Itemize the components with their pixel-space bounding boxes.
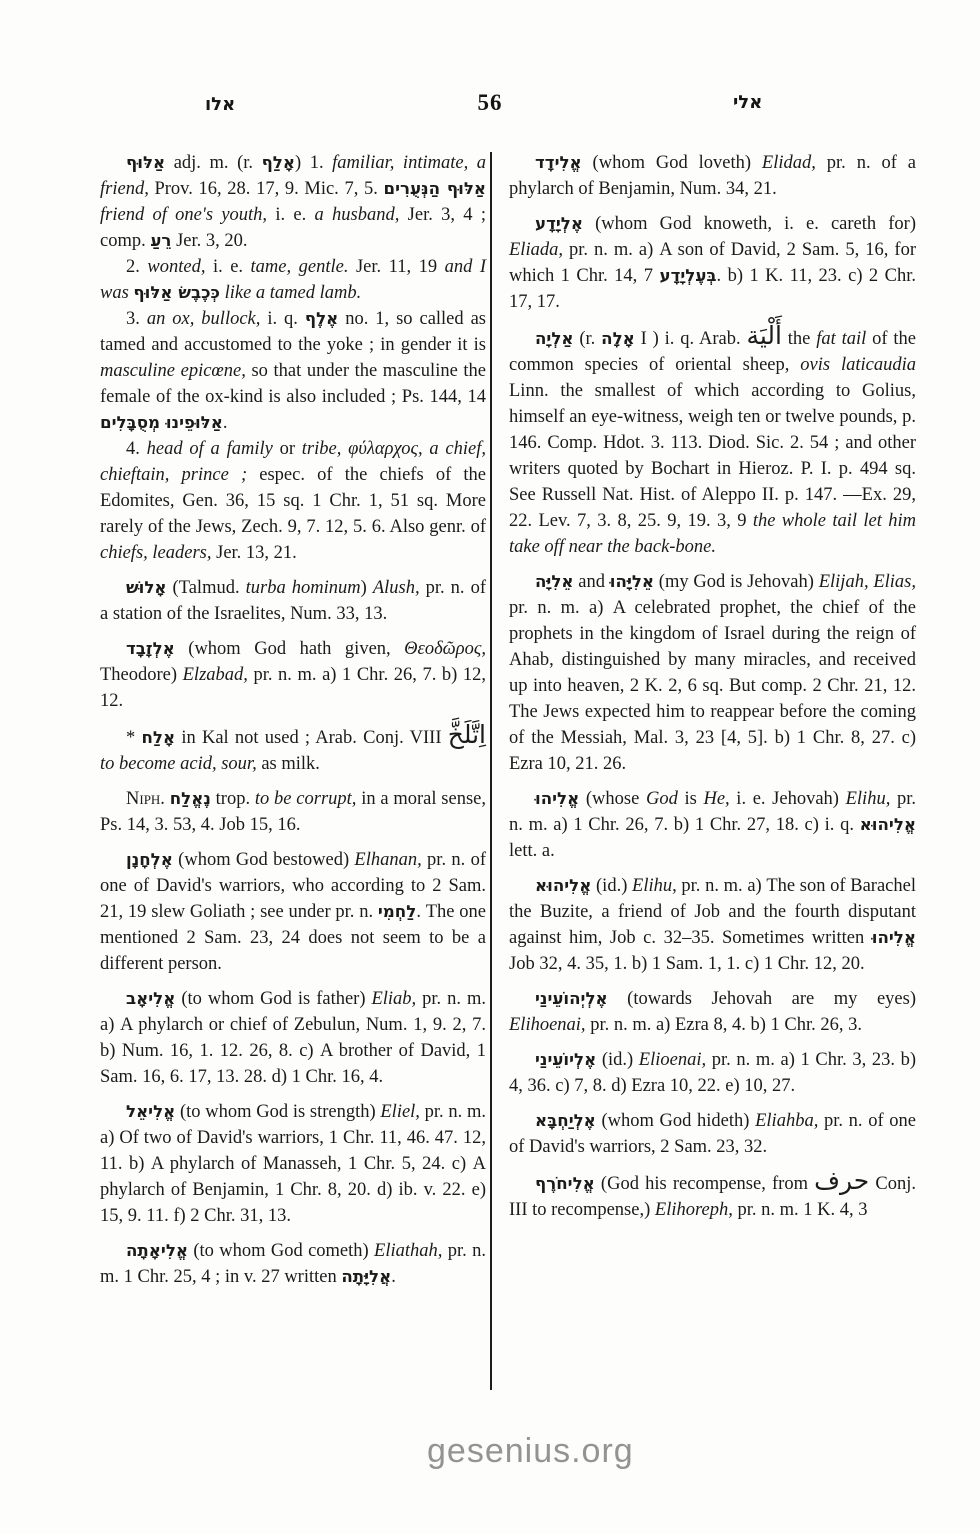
hebrew-text: אֱלִיהוּא <box>860 815 916 834</box>
entry-paragraph: אָלוּשׁ (Talmud. turba hominum) Alush, p… <box>100 575 486 627</box>
italic-text: Elihu, <box>632 876 677 896</box>
hebrew-text: אָלַח <box>141 728 175 747</box>
roman-text: (to whom God cometh) <box>188 1241 374 1261</box>
roman-text: Job 32, 4. 35, 1. b) 1 Sam. 1, 1. c) 1 C… <box>509 954 865 974</box>
italic-text: Eliel, <box>380 1102 420 1122</box>
roman-text: i. e. <box>267 205 314 225</box>
arabic-text: أَلْيَة <box>746 321 781 350</box>
hebrew-text: אֱלִיאָתָה <box>126 1241 188 1260</box>
arabic-text: حرف <box>814 1166 869 1195</box>
roman-text: pr. n. m. a) Ezra 8, 4. b) 1 Chr. 26, 3. <box>586 1015 862 1035</box>
italic-text: head of a family <box>147 439 273 459</box>
roman-text: lett. a. <box>509 841 555 861</box>
hebrew-text: אַלְיָה <box>535 329 574 348</box>
entry-paragraph: אֱלִיחֹרֶף (God his recompense, from حرف… <box>509 1169 916 1223</box>
roman-text: i. q. <box>260 309 304 329</box>
hebrew-text: אַלּוּף <box>126 153 165 172</box>
italic-text: an ox, bullock, <box>147 309 261 329</box>
column-right: אֱלִידָד (whom God loveth) Elidad, pr. n… <box>509 150 916 1223</box>
running-head-right-word: אלי <box>733 92 762 113</box>
entry-paragraph: אֱלִיאֵל (to whom God is strength) Eliel… <box>100 1099 486 1229</box>
roman-text: and <box>574 572 610 592</box>
smallcaps-text: Niph. <box>126 789 165 809</box>
hebrew-text: אָלוּשׁ <box>126 578 167 597</box>
italic-text: Elioenai, <box>639 1050 706 1070</box>
entry-paragraph: אֶלְיוֹעֵינַי (id.) Elioenai, pr. n. m. … <box>509 1047 916 1099</box>
entry-paragraph: אֱלִיאָתָה (to whom God cometh) Eliathah… <box>100 1238 486 1290</box>
hebrew-text: אֵלִיָּהוּ <box>610 572 654 591</box>
hebrew-text: אֱלִיהוּ <box>535 789 579 808</box>
hebrew-text: אָלָה <box>601 329 635 348</box>
roman-text: Jer. 11, 19 <box>348 257 444 277</box>
hebrew-text: נֶאֱלַח <box>170 789 211 808</box>
roman-text: pr. n. m. a) A celebrated prophet, the c… <box>509 598 916 774</box>
hebrew-text: אֵלִיָּה <box>535 572 574 591</box>
entry-paragraph: * אָלַח in Kal not used ; Arab. Conj. VI… <box>100 723 486 777</box>
hebrew-text: אֱלִיהוּ <box>872 928 916 947</box>
roman-text: Jer. 13, 21. <box>212 543 297 563</box>
entry-paragraph: אֶלְחָנָן (whom God bestowed) Elhanan, p… <box>100 847 486 977</box>
hebrew-text: בְּעֶלְיָדָע <box>659 266 716 285</box>
roman-text: (whom God hideth) <box>596 1111 755 1131</box>
entry-paragraph: אַלּוּף adj. m. (r. אָלַף) 1. familiar, … <box>100 150 486 254</box>
entry-paragraph: 4. head of a family or tribe, φύλαρχος, … <box>100 436 486 566</box>
hebrew-text: אֶלְיוֹעֵינַי <box>535 1050 596 1069</box>
roman-text: I ) i. q. Arab. <box>635 329 747 349</box>
italic-text: a husband, <box>315 205 400 225</box>
entry-paragraph: Niph. נֶאֱלַח trop. to be corrupt, in a … <box>100 786 486 838</box>
entry-paragraph: אֱלִיאָב (to whom God is father) Eliab, … <box>100 986 486 1090</box>
hebrew-text: אֶלְיַחְבָּא <box>535 1111 596 1130</box>
italic-text: God <box>646 789 678 809</box>
roman-text: (whose <box>579 789 646 809</box>
hebrew-text: אֱלִיאֵל <box>126 1102 175 1121</box>
entry-paragraph: אֶלְיַחְבָּא (whom God hideth) Eliahba, … <box>509 1108 916 1160</box>
roman-text: Theodore) <box>100 665 183 685</box>
roman-text: as milk. <box>257 754 320 774</box>
hebrew-text: אֶלֶף <box>305 309 338 328</box>
roman-text: i. e. <box>205 257 250 277</box>
italic-text: Eliada, <box>509 240 563 260</box>
entry-paragraph: אֱלִיהוּא (id.) Elihu, pr. n. m. a) The … <box>509 873 916 977</box>
roman-text: (whom God hath given, <box>175 639 404 659</box>
roman-text: (whom God knoweth, i. e. careth for) <box>583 214 916 234</box>
column-left: אַלּוּף adj. m. (r. אָלַף) 1. familiar, … <box>100 150 486 1290</box>
italic-text: fat tail <box>816 329 866 349</box>
roman-text: . <box>391 1267 396 1287</box>
roman-text: (towards Jehovah are my eyes) <box>608 989 916 1009</box>
roman-text: is <box>678 789 704 809</box>
roman-text: 2. <box>126 257 147 277</box>
entry-paragraph: אֱלִידָד (whom God loveth) Elidad, pr. n… <box>509 150 916 202</box>
hebrew-text: אֱלִיחֹרֶף <box>535 1174 595 1193</box>
roman-text: (my God is Jehovah) <box>654 572 819 592</box>
entry-paragraph: 2. wonted, i. e. tame, gentle. Jer. 11, … <box>100 254 486 306</box>
hebrew-text: אֶלְיְהוֹעֵינַי <box>535 989 608 1008</box>
roman-text: (whom God bestowed) <box>173 850 355 870</box>
roman-text: Prov. 16, 28. 17, 9. Mic. 7, 5. <box>149 179 384 199</box>
italic-text: like a tamed lamb. <box>220 283 361 303</box>
hebrew-text: אָלַף <box>262 153 295 172</box>
roman-text: (Talmud. <box>167 578 246 598</box>
roman-text: . <box>223 413 228 433</box>
roman-text: 3. <box>126 309 147 329</box>
hebrew-text: אַלּוּף הַנְּעֻרִים <box>384 179 486 198</box>
column-divider-rule <box>490 152 492 1390</box>
roman-text: (id.) <box>596 1050 639 1070</box>
roman-text: ) 1. <box>295 153 332 173</box>
italic-text: friend of one's youth, <box>100 205 267 225</box>
roman-text: i. e. Jehovah) <box>730 789 846 809</box>
hebrew-text: אֲלִיָּתָה <box>341 1267 391 1286</box>
italic-text: Elihu, <box>846 789 891 809</box>
italic-text: to become acid, sour, <box>100 754 257 774</box>
hebrew-text: רֵעַ <box>150 231 171 250</box>
italic-text: Elhanan, <box>354 850 421 870</box>
entry-paragraph: אֵלִיָּה and אֵלִיָּהוּ (my God is Jehov… <box>509 569 916 777</box>
italic-text: Eliathah, <box>374 1241 442 1261</box>
hebrew-text: אֱלִיאָב <box>126 989 175 1008</box>
arabic-text: اِتَّلَخَّ <box>448 720 486 749</box>
italic-text: chiefs, leaders, <box>100 543 212 563</box>
italic-text: He, <box>703 789 729 809</box>
italic-text: turba hominum <box>246 578 361 598</box>
hebrew-text: אֶלְחָנָן <box>126 850 173 869</box>
running-head: אלו 56 אלי <box>0 90 980 120</box>
roman-text: (to whom God is strength) <box>175 1102 380 1122</box>
hebrew-text: אַלּוּפֵינוּ מְסֻבָּלִים <box>100 413 223 432</box>
roman-text: (r. <box>574 329 602 349</box>
italic-text: tame, gentle. <box>251 257 349 277</box>
roman-text: Jer. 3, 20. <box>171 231 247 251</box>
roman-text: the <box>782 329 816 349</box>
hebrew-text: לַחְמִי <box>378 902 416 921</box>
roman-text: trop. <box>211 789 255 809</box>
roman-text: pr. n. m. 1 K. 4, 3 <box>733 1200 868 1220</box>
italic-text: tribe, <box>302 439 342 459</box>
italic-text: Eliahba, <box>755 1111 818 1131</box>
italic-text: Elzabad, <box>183 665 248 685</box>
roman-text: (God his recompense, from <box>595 1174 814 1194</box>
italic-text: masculine epicœne, <box>100 361 246 381</box>
entry-paragraph: 3. an ox, bullock, i. q. אֶלֶף no. 1, so… <box>100 306 486 436</box>
italic-text: Elihoenai, <box>509 1015 586 1035</box>
greek-text: φύλαρχος, <box>348 439 422 459</box>
roman-text: in Kal not used ; Arab. Conj. VIII <box>175 728 448 748</box>
hebrew-text: כְּכֶבֶשׂ אַלּוּף <box>133 283 220 302</box>
scanned-lexicon-page: אלו 56 אלי אַלּוּף adj. m. (r. אָלַף) 1.… <box>0 0 980 1533</box>
entry-paragraph: אֱלִיהוּ (whose God is He, i. e. Jehovah… <box>509 786 916 864</box>
italic-text: to be corrupt, <box>255 789 357 809</box>
italic-text: Elijah, Elias, <box>819 572 916 592</box>
watermark: gesenius.org <box>427 1432 634 1471</box>
roman-text: * <box>126 728 141 748</box>
roman-text: Linn. the smallest of which according to… <box>509 381 916 531</box>
italic-text: Elidad, <box>762 153 816 173</box>
hebrew-text: אֶלְיָדָע <box>535 214 583 233</box>
italic-text: Eliab, <box>371 989 416 1009</box>
roman-text: or <box>273 439 302 459</box>
entry-paragraph: אַלְיָה (r. אָלָה I ) i. q. Arab. أَلْيَ… <box>509 324 916 560</box>
entry-paragraph: אֶלְזָבָד (whom God hath given, Θεοδῶρος… <box>100 636 486 714</box>
italic-text: Elihoreph, <box>655 1200 733 1220</box>
roman-text: (id.) <box>591 876 632 896</box>
page-number: 56 <box>0 90 980 116</box>
hebrew-text: אֶלְזָבָד <box>126 639 175 658</box>
roman-text: 4. <box>126 439 147 459</box>
entry-paragraph: אֶלְיְהוֹעֵינַי (towards Jehovah are my … <box>509 986 916 1038</box>
roman-text: (to whom God is father) <box>175 989 371 1009</box>
italic-text: ovis laticaudia <box>800 355 916 375</box>
hebrew-text: אֱלִיהוּא <box>535 876 591 895</box>
italic-text: wonted, <box>147 257 205 277</box>
roman-text: adj. m. (r. <box>165 153 261 173</box>
hebrew-text: אֱלִידָד <box>535 153 582 172</box>
roman-text: ) <box>361 578 373 598</box>
greek-text: Θεοδῶρος, <box>404 639 486 659</box>
italic-text: Alush, <box>373 578 420 598</box>
entry-paragraph: אֶלְיָדָע (whom God knoweth, i. e. caret… <box>509 211 916 315</box>
roman-text: (whom God loveth) <box>582 153 762 173</box>
